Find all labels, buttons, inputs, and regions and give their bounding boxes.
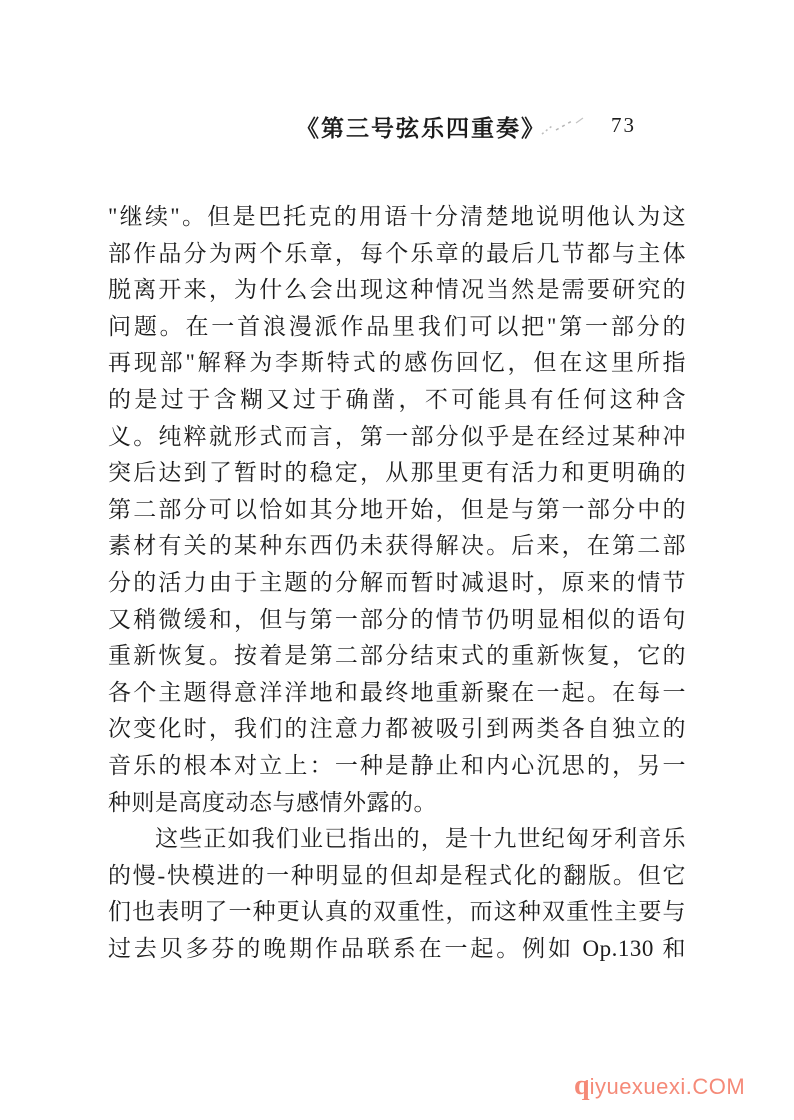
- text-line: 过去贝多芬的晚期作品联系在一起。例如 Op.130 和: [108, 931, 686, 968]
- body-text: "继续"。但是巴托克的用语十分清楚地说明他认为这部作品分为两个乐章，每个乐章的最…: [108, 199, 686, 967]
- book-title: 《第三号弦乐四重奏》: [296, 110, 546, 143]
- site-watermark: qiyuexuexi.COM: [574, 1070, 745, 1102]
- text-line: 素材有关的某种东西仍未获得解决。后来，在第二部: [108, 528, 686, 565]
- text-line: 突后达到了暂时的稳定，从那里更有活力和更明确的: [108, 455, 686, 492]
- text-line: 重新恢复。按着是第二部分结束式的重新恢复，它的: [108, 638, 686, 675]
- text-line: 次变化时，我们的注意力都被吸引到两类各自独立的: [108, 711, 686, 748]
- text-line: 的慢-快模进的一种明显的但却是程式化的翻版。但它: [108, 858, 686, 895]
- page-number: 73: [611, 113, 636, 138]
- text-line: 第二部分可以恰如其分地开始，但是与第一部分中的: [108, 492, 686, 529]
- scan-smudge-mark: [538, 116, 590, 143]
- scanned-book-page: 《第三号弦乐四重奏》 73 "继续"。但是巴托克的用语十分清楚地说明他认为这部作…: [0, 0, 794, 1120]
- text-line: 部作品分为两个乐章，每个乐章的最后几节都与主体: [108, 236, 686, 273]
- text-line: 义。纯粹就形式而言，第一部分似乎是在经过某种冲: [108, 419, 686, 456]
- text-line: 的是过于含糊又过于确凿，不可能具有任何这种含: [108, 382, 686, 419]
- text-line: 问题。在一首浪漫派作品里我们可以把"第一部分的: [108, 309, 686, 346]
- text-line: 脱离开来，为什么会出现这种情况当然是需要研究的: [108, 272, 686, 309]
- text-line: 们也表明了一种更认真的双重性，而这种双重性主要与: [108, 894, 686, 931]
- text-line: 种则是高度动态与感情外露的。: [108, 785, 686, 822]
- text-line: 再现部"解释为李斯特式的感伤回忆，但在这里所指: [108, 345, 686, 382]
- text-line: 这些正如我们业已指出的，是十九世纪匈牙利音乐: [108, 821, 686, 858]
- watermark-rest: iyuexuexi.COM: [590, 1074, 746, 1099]
- text-line: 各个主题得意洋洋地和最终地重新聚在一起。在每一: [108, 675, 686, 712]
- text-line: 音乐的根本对立上：一种是静止和内心沉思的，另一: [108, 748, 686, 785]
- page-header: 《第三号弦乐四重奏》 73: [0, 110, 794, 144]
- watermark-initial: q: [574, 1070, 590, 1101]
- text-line: 又稍微缓和，但与第一部分的情节仍明显相似的语句: [108, 602, 686, 639]
- text-line: "继续"。但是巴托克的用语十分清楚地说明他认为这: [108, 199, 686, 236]
- text-line: 分的活力由于主题的分解而暂时减退时，原来的情节: [108, 565, 686, 602]
